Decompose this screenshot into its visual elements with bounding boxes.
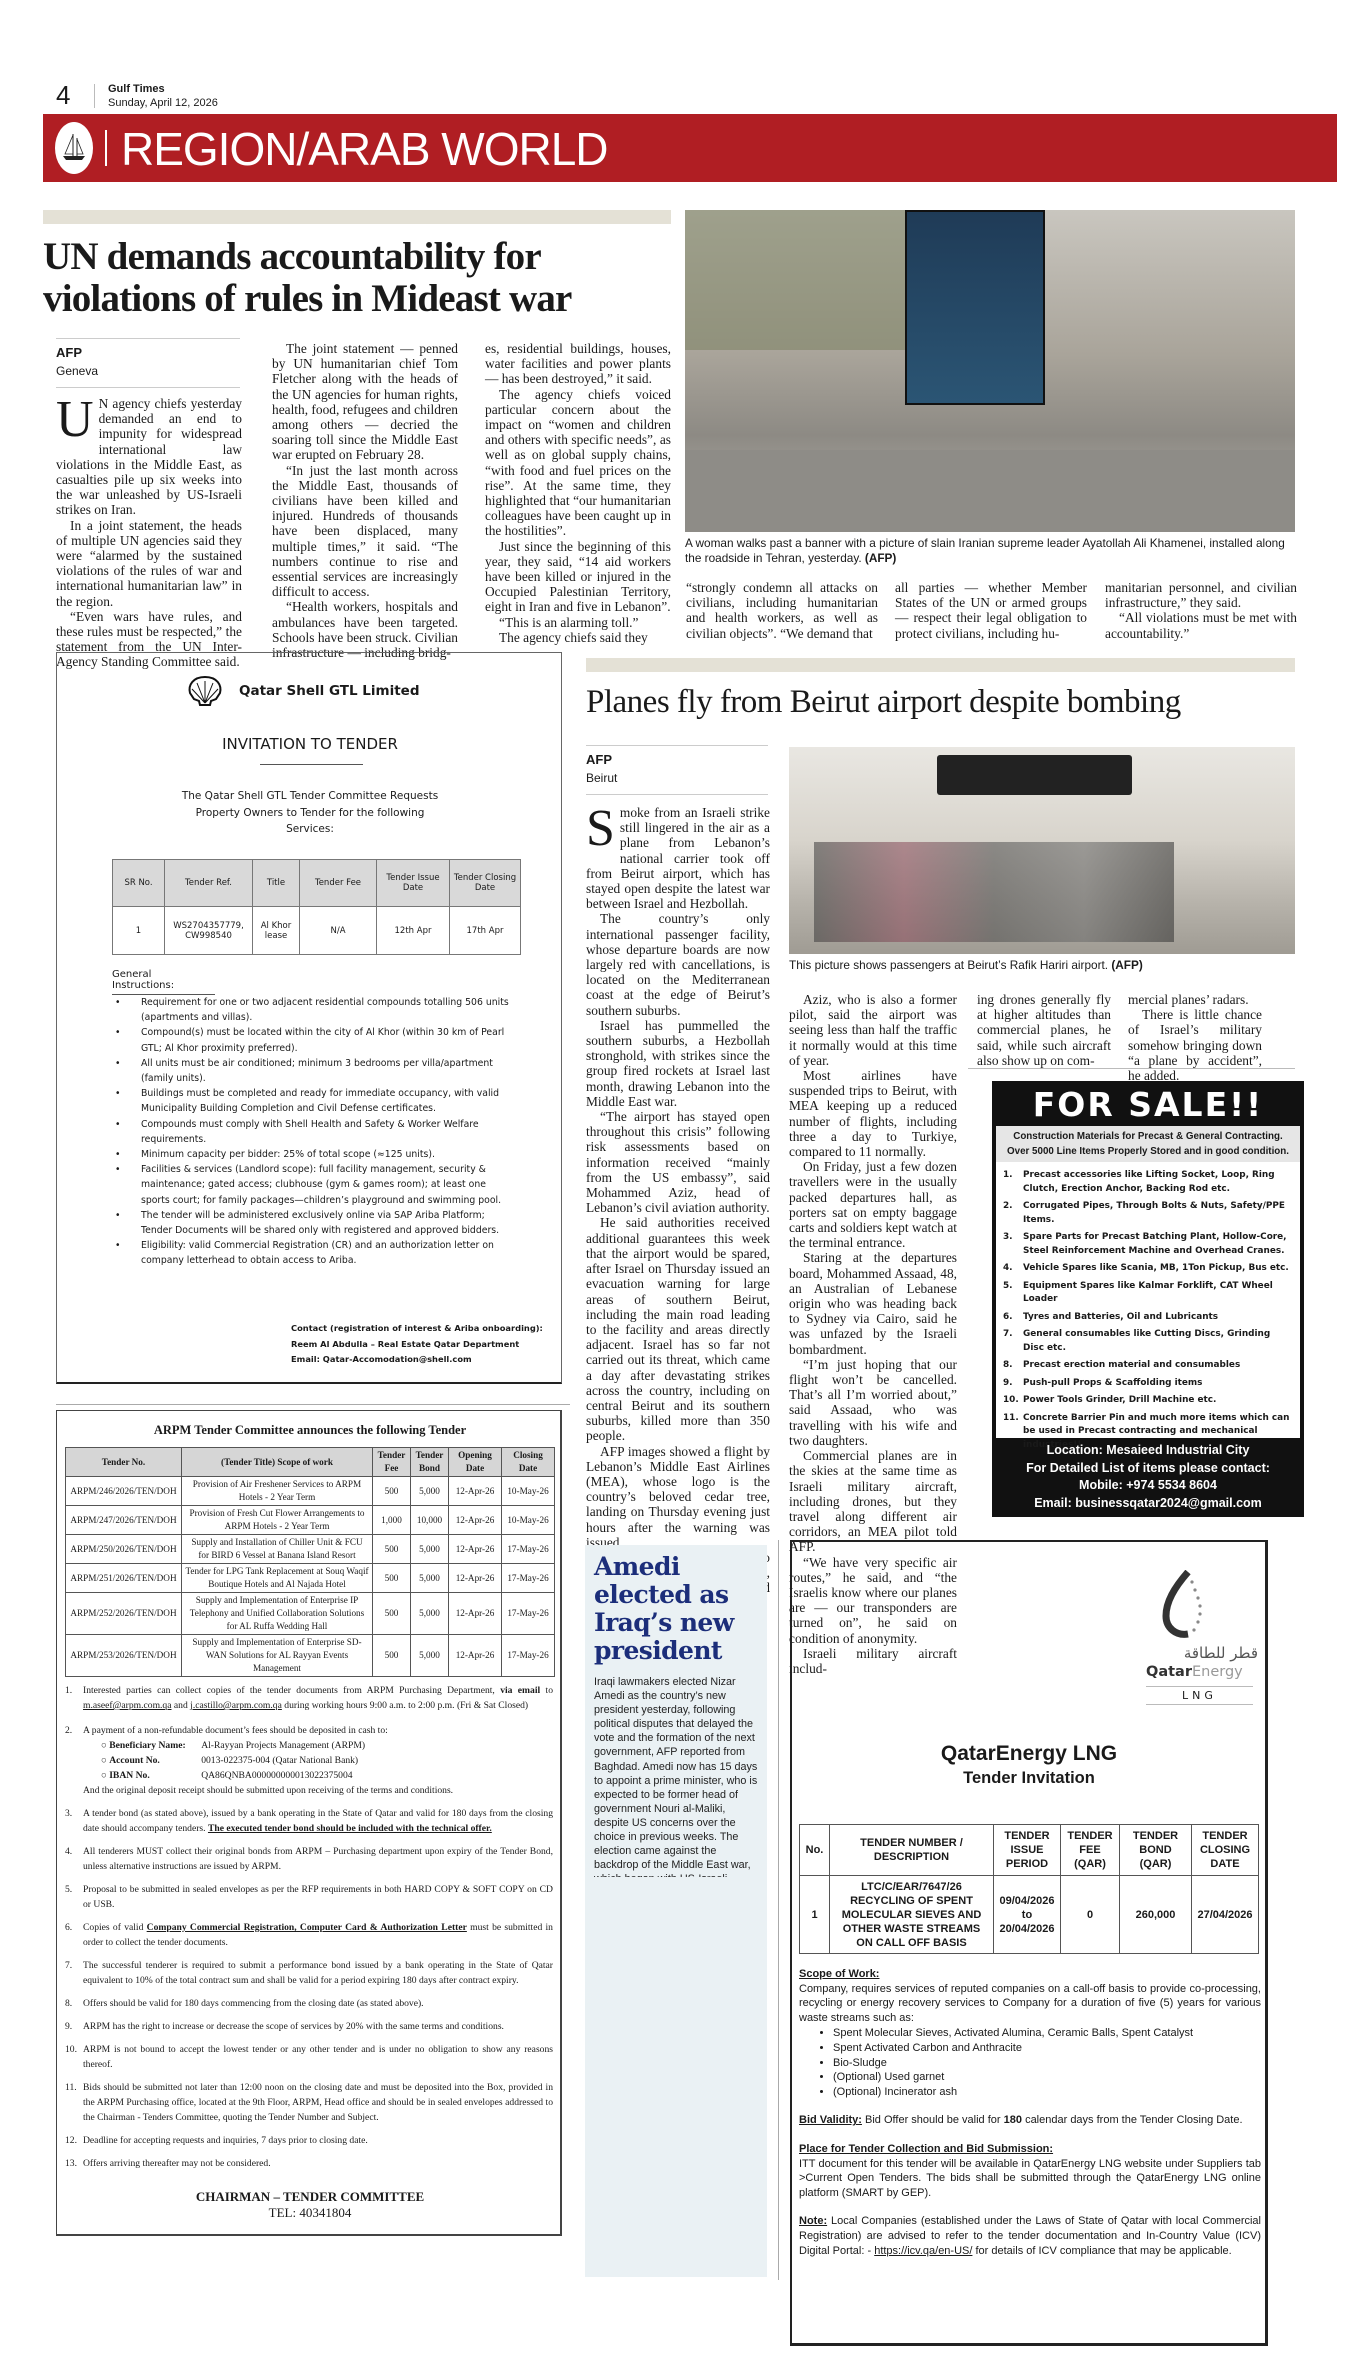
column-header: TENDER ISSUE PERIOD <box>994 1825 1061 1876</box>
table-row: 1 LTC/C/EAR/7647/26 RECYCLING OF SPENT M… <box>800 1876 1259 1954</box>
paragraph: ing drones generally fly at higher altit… <box>977 992 1111 1068</box>
un-column-6: manitarian personnel, and civilian infra… <box>1105 580 1297 641</box>
scope-items: Spent Molecular Sieves, Activated Alumin… <box>799 2026 1261 2099</box>
dateline: Beirut <box>586 771 617 785</box>
logo-wordmark: QatarEnergy <box>1146 1664 1243 1680</box>
passengers <box>814 842 1174 942</box>
instruction-item: Requirement for one or two adjacent resi… <box>115 995 515 1025</box>
condition-item: 4.All tenderers MUST collect their origi… <box>65 1844 553 1874</box>
paragraph: “strongly condemn all attacks on civilia… <box>686 580 878 641</box>
beirut-column-3: ing drones generally fly at higher altit… <box>977 992 1111 1068</box>
column-header: TENDER NUMBER / DESCRIPTION <box>830 1825 994 1876</box>
column-header: Tender No. <box>66 1448 182 1477</box>
instruction-item: Facilities & services (Landlord scope): … <box>115 1162 515 1208</box>
un-column-4: “strongly condemn all attacks on civilia… <box>686 580 878 641</box>
arpm-conditions: 1.Interested parties can collect copies … <box>65 1683 553 2179</box>
headline-amedi: Amedi elected as Iraq’s new president <box>594 1553 758 1665</box>
paragraph: Commercial planes are in the skies at th… <box>789 1448 957 1554</box>
contact-email[interactable]: Email: businessqatar2024@gmail.com <box>992 1495 1304 1513</box>
scope-title: Scope of Work: <box>799 1968 879 1980</box>
arpm-title: ARPM Tender Committee announces the foll… <box>57 1423 563 1438</box>
condition-item: 12.Deadline for accepting requests and i… <box>65 2133 553 2148</box>
paragraph: AFP images showed a flight by Lebanon’s … <box>586 1444 770 1550</box>
condition-item: 2.A payment of a non-refundable document… <box>65 1723 553 1798</box>
column-header: Opening Date <box>449 1448 502 1477</box>
contact-line: Reem Al Abdulla – Real Estate Qatar Depa… <box>291 1337 543 1353</box>
table-cell: WS2704357779, CW998540 <box>165 907 253 955</box>
column-header: SR No. <box>113 860 165 907</box>
for-sale-ad: FOR SALE!! Construction Materials for Pr… <box>992 1081 1304 1517</box>
table-row: ARPM/246/2026/TEN/DOHProvision of Air Fr… <box>66 1477 555 1506</box>
paragraph: Staring at the departures board, Mohamme… <box>789 1250 957 1356</box>
agency: AFP <box>56 345 240 360</box>
un-column-1: UN agency chiefs yesterday demanded an e… <box>56 396 242 670</box>
logo-arabic: قطر للطاقة <box>1146 1644 1258 1662</box>
instruction-item: Minimum capacity per bidder: 25% of tota… <box>115 1147 515 1162</box>
beirut-column-4: mercial planes’ radars. There is little … <box>1128 992 1262 1083</box>
instruction-item: Buildings must be completed and ready fo… <box>115 1086 515 1116</box>
un-column-2: The joint statement — penned by UN human… <box>272 341 458 660</box>
paragraph: Most airlines have suspended trips to Be… <box>789 1068 957 1159</box>
column-rule <box>968 1068 1295 1069</box>
location: Location: Mesaieed Industrial City <box>992 1442 1304 1460</box>
signature-title: CHAIRMAN – TENDER COMMITTEE <box>57 2189 563 2205</box>
for-sale-contact: Location: Mesaieed Industrial City For D… <box>992 1442 1304 1512</box>
table-row: ARPM/251/2026/TEN/DOHTender for LPG Tank… <box>66 1564 555 1593</box>
condition-item: 9.ARPM has the right to increase or decr… <box>65 2019 553 2034</box>
for-sale-title: FOR SALE!! <box>992 1085 1304 1124</box>
section-title: REGION/ARAB WORLD <box>121 122 608 176</box>
instructions-list: Requirement for one or two adjacent resi… <box>115 995 515 1269</box>
paragraph: all parties — whether Member States of t… <box>895 580 1087 641</box>
qatarenergy-tender-ad: قطر للطاقة QatarEnergy LNG QatarEnergy L… <box>790 1540 1268 2346</box>
scope-item: Spent Activated Carbon and Anthracite <box>833 2041 1261 2056</box>
instruction-item: The tender will be administered exclusiv… <box>115 1208 515 1238</box>
title-underline <box>260 764 363 765</box>
column-header: Tender Ref. <box>165 860 253 907</box>
condition-item: 10.ARPM is not bound to accept the lowes… <box>65 2042 553 2072</box>
section-banner: REGION/ARAB WORLD <box>43 114 1337 182</box>
table-row: ARPM/253/2026/TEN/DOHSupply and Implemen… <box>66 1635 555 1677</box>
byline-beirut: AFP Beirut <box>586 745 768 795</box>
shell-ad-title: INVITATION TO TENDER <box>57 735 563 753</box>
sale-item: 7.General consumables like Cutting Discs… <box>1003 1328 1294 1355</box>
dropcap: S <box>586 807 615 851</box>
amedi-box-extension <box>585 1877 767 2277</box>
paper-name: Gulf Times <box>108 83 165 95</box>
instruction-item: Compounds must comply with Shell Health … <box>115 1117 515 1147</box>
issue-date: Sunday, April 12, 2026 <box>108 97 218 109</box>
scope-item: Bio-Sludge <box>833 2056 1261 2071</box>
photo-caption-beirut: This picture shows passengers at Beirut’… <box>789 958 1295 973</box>
scope-item: Spent Molecular Sieves, Activated Alumin… <box>833 2026 1261 2041</box>
sale-item: 9.Push-pull Props & Scaffolding items <box>1003 1377 1294 1391</box>
story-rule <box>43 210 671 224</box>
sale-item: 10.Power Tools Grinder, Drill Machine et… <box>1003 1394 1294 1408</box>
instruction-item: Eligibility: valid Commercial Registrati… <box>115 1238 515 1268</box>
table-header-row: Tender No. (Tender Title) Scope of work … <box>66 1448 555 1477</box>
paragraph: The country’s only international passeng… <box>586 911 770 1017</box>
scope-item: (Optional) Used garnet <box>833 2070 1261 2085</box>
logo-sub: LNG <box>1146 1686 1253 1705</box>
story-rule <box>586 658 1295 672</box>
table-cell: 27/04/2026 <box>1192 1876 1259 1954</box>
column-header: Tender Fee <box>300 860 377 907</box>
masthead-divider <box>94 84 95 108</box>
condition-item: 1.Interested parties can collect copies … <box>65 1683 553 1713</box>
airport-sign <box>937 755 1132 795</box>
shell-tender-table: SR No. Tender Ref. Title Tender Fee Tend… <box>112 859 521 955</box>
logo-brand-b: Energy <box>1192 1664 1243 1680</box>
table-row: ARPM/250/2026/TEN/DOHSupply and Installa… <box>66 1535 555 1564</box>
paragraph: The joint statement — penned by UN human… <box>272 341 458 463</box>
headline-un: UN demands accountability for violations… <box>43 236 663 320</box>
banner-image <box>905 210 1045 405</box>
instruction-item: Compound(s) must be located within the c… <box>115 1025 515 1055</box>
condition-item: 13.Offers arriving thereafter may not be… <box>65 2156 553 2171</box>
column-header: TENDER CLOSING DATE <box>1192 1825 1259 1876</box>
dateline: Geneva <box>56 364 98 378</box>
table-header-row: No. TENDER NUMBER / DESCRIPTION TENDER I… <box>800 1825 1259 1876</box>
table-row: ARPM/247/2026/TEN/DOHProvision of Fresh … <box>66 1506 555 1535</box>
paragraph: Aziz, who is also a former pilot, said t… <box>789 992 957 1068</box>
paragraph: “I’m just hoping that our flight won’t b… <box>789 1357 957 1448</box>
sale-item: 3.Spare Parts for Precast Batching Plant… <box>1003 1231 1294 1258</box>
arpm-tender-table: Tender No. (Tender Title) Scope of work … <box>65 1447 555 1677</box>
column-header: Tender Closing Date <box>450 860 521 907</box>
paragraph: “The airport has stayed open throughout … <box>586 1109 770 1215</box>
table-cell: 17th Apr <box>450 907 521 955</box>
paragraph: mercial planes’ radars. <box>1128 992 1262 1007</box>
un-column-3: es, residential buildings, houses, water… <box>485 341 671 645</box>
lng-tender-table: No. TENDER NUMBER / DESCRIPTION TENDER I… <box>799 1824 1259 1954</box>
caption-text: This picture shows passengers at Beirut’… <box>789 958 1108 972</box>
scope-text: Company, requires services of reputed co… <box>799 1982 1261 2026</box>
condition-item: 11.Bids should be submitted not later th… <box>65 2080 553 2125</box>
headline-beirut: Planes fly from Beirut airport despite b… <box>586 684 1306 721</box>
contact-prompt: For Detailed List of items please contac… <box>992 1460 1304 1478</box>
condition-item: 7.The successful tenderer is required to… <box>65 1958 553 1988</box>
table-cell: 260,000 <box>1120 1876 1192 1954</box>
sale-items-list: 1.Precast accessories like Lifting Socke… <box>1003 1169 1294 1452</box>
paragraph: The agency chiefs voiced particular conc… <box>485 387 671 539</box>
trees <box>685 210 905 350</box>
paragraph: The agency chiefs said they <box>485 630 671 645</box>
table-cell: 12th Apr <box>377 907 450 955</box>
column-header: Tender Fee <box>373 1448 411 1477</box>
email-link[interactable]: m.aseef@arpm.com.qa <box>83 1700 171 1711</box>
sale-item: 6.Tyres and Batteries, Oil and Lubricant… <box>1003 1311 1294 1325</box>
dhow-boat-icon <box>55 122 93 174</box>
column-header: TENDER BOND (QAR) <box>1120 1825 1192 1876</box>
contact-line: Contact (registration of interest & Arib… <box>291 1321 543 1337</box>
amedi-story-box: Amedi elected as Iraq’s new president Ir… <box>585 1545 767 1877</box>
shell-contact: Contact (registration of interest & Arib… <box>291 1321 543 1368</box>
paragraph: “In just the last month across the Middl… <box>272 463 458 600</box>
instructions-title: General Instructions: <box>112 969 215 995</box>
banner-divider <box>105 130 107 166</box>
arpm-tender-ad: ARPM Tender Committee announces the foll… <box>56 1410 562 2236</box>
paragraph: There is little chance of Israel’s milit… <box>1128 1007 1262 1083</box>
submission-text: ITT document for this tender will be ava… <box>799 2157 1261 2201</box>
for-sale-list-box: 1.Precast accessories like Lifting Socke… <box>996 1162 1300 1438</box>
table-cell: Al Khor lease <box>253 907 300 955</box>
contact-email[interactable]: Email: Qatar-Accomodation@shell.com <box>291 1352 543 1368</box>
column-rule <box>778 1540 779 2280</box>
shell-tender-ad: Qatar Shell GTL Limited INVITATION TO TE… <box>56 652 562 1384</box>
subtitle-line: Construction Materials for Precast & Gen… <box>996 1129 1300 1144</box>
lng-subtitle: Tender Invitation <box>792 1769 1266 1788</box>
sale-item: 5.Equipment Spares like Kalmar Forklift,… <box>1003 1280 1294 1307</box>
table-row: 1 WS2704357779, CW998540 Al Khor lease N… <box>113 907 521 955</box>
table-cell: LTC/C/EAR/7647/26 RECYCLING OF SPENT MOL… <box>830 1876 994 1954</box>
subtitle-line: Over 5000 Line Items Properly Stored and… <box>996 1144 1300 1159</box>
submission-place: Place for Tender Collection and Bid Subm… <box>799 2142 1261 2157</box>
sale-item: 8.Precast erection material and consumab… <box>1003 1359 1294 1373</box>
section-rule <box>56 1404 570 1405</box>
column-header: Title <box>253 860 300 907</box>
column-header: TENDER FEE (QAR) <box>1061 1825 1120 1876</box>
table-cell: 1 <box>113 907 165 955</box>
logo-brand-a: Qatar <box>1146 1664 1192 1680</box>
paragraph: manitarian personnel, and civilian infra… <box>1105 580 1297 610</box>
table-cell: 1 <box>800 1876 830 1954</box>
for-sale-subtitle: Construction Materials for Precast & Gen… <box>996 1126 1300 1162</box>
scope-of-work: Scope of Work: Company, requires service… <box>799 1967 1261 2258</box>
mobile-number[interactable]: Mobile: +974 5534 8604 <box>992 1477 1304 1495</box>
tehran-photo <box>685 210 1295 532</box>
condition-item: 6.Copies of valid Company Commercial Reg… <box>65 1920 553 1950</box>
paragraph: He said authorities received additional … <box>586 1215 770 1443</box>
road <box>685 450 1295 532</box>
table-row: ARPM/252/2026/TEN/DOHSupply and Implemen… <box>66 1593 555 1635</box>
paragraph: es, residential buildings, houses, water… <box>485 341 671 387</box>
beirut-column-1: Smoke from an Israeli strike still linge… <box>586 805 770 1611</box>
note: Note: Local Companies (established under… <box>799 2214 1261 2258</box>
paragraph: On Friday, just a few dozen travellers w… <box>789 1159 957 1250</box>
column-header: (Tender Title) Scope of work <box>182 1448 373 1477</box>
sale-item: 4.Vehicle Spares like Scania, MB, 1Ton P… <box>1003 1262 1294 1276</box>
condition-item: 3.A tender bond (as stated above), issue… <box>65 1806 553 1836</box>
beirut-airport-photo <box>789 747 1295 954</box>
paragraph: Israel has pummelled the southern suburb… <box>586 1018 770 1109</box>
lng-title: QatarEnergy LNG <box>792 1742 1266 1766</box>
column-header: Closing Date <box>502 1448 555 1477</box>
column-header: No. <box>800 1825 830 1876</box>
icv-portal-link[interactable]: https://icv.qa/en-US/ <box>874 2245 972 2257</box>
paragraph: Just since the beginning of this year, t… <box>485 539 671 615</box>
column-header: Tender Bond <box>411 1448 449 1477</box>
condition-item: 5.Proposal to be submitted in sealed env… <box>65 1882 553 1912</box>
paragraph: “This is an alarming toll.” <box>485 615 671 630</box>
table-header-row: SR No. Tender Ref. Title Tender Fee Tend… <box>113 860 521 907</box>
sale-item: 2.Corrugated Pipes, Through Bolts & Nuts… <box>1003 1200 1294 1227</box>
dropcap: U <box>56 398 94 442</box>
condition-item: 8.Offers should be valid for 180 days co… <box>65 1996 553 2011</box>
email-link[interactable]: j.castillo@arpm.com.qa <box>190 1700 282 1711</box>
photo-caption-tehran: A woman walks past a banner with a pictu… <box>685 536 1295 566</box>
instruction-item: All units must be air conditioned; minim… <box>115 1056 515 1086</box>
agency: AFP <box>586 752 768 767</box>
scope-item: (Optional) Incinerator ash <box>833 2085 1261 2100</box>
sale-item: 1.Precast accessories like Lifting Socke… <box>1003 1169 1294 1196</box>
paragraph: In a joint statement, the heads of multi… <box>56 518 242 609</box>
bank-details: ○ Beneficiary Name:Al-Rayyan Projects Ma… <box>83 1738 553 1783</box>
page-number: 4 <box>56 80 70 111</box>
bid-validity: Bid Validity: Bid Offer should be valid … <box>799 2113 1261 2128</box>
shell-company-name: Qatar Shell GTL Limited <box>239 683 420 699</box>
phone-number[interactable]: TEL: 40341804 <box>57 2205 563 2221</box>
byline-un: AFP Geneva <box>56 338 240 388</box>
un-column-5: all parties — whether Member States of t… <box>895 580 1087 641</box>
paragraph: “All violations must be met with account… <box>1105 610 1297 640</box>
caption-text: A woman walks past a banner with a pictu… <box>685 536 1285 565</box>
table-cell: 09/04/2026 to 20/04/2026 <box>994 1876 1061 1954</box>
photo-credit: (AFP) <box>1111 958 1142 972</box>
shell-logo-icon <box>187 675 223 707</box>
table-cell: 0 <box>1061 1876 1120 1954</box>
shell-intro: The Qatar Shell GTL Tender Committee Req… <box>175 788 445 838</box>
table-cell: N/A <box>300 907 377 955</box>
column-header: Tender Issue Date <box>377 860 450 907</box>
qatarenergy-logo-icon <box>1160 1570 1208 1640</box>
photo-credit: (AFP) <box>865 551 896 565</box>
arpm-signature: CHAIRMAN – TENDER COMMITTEE TEL: 4034180… <box>57 2189 563 2221</box>
